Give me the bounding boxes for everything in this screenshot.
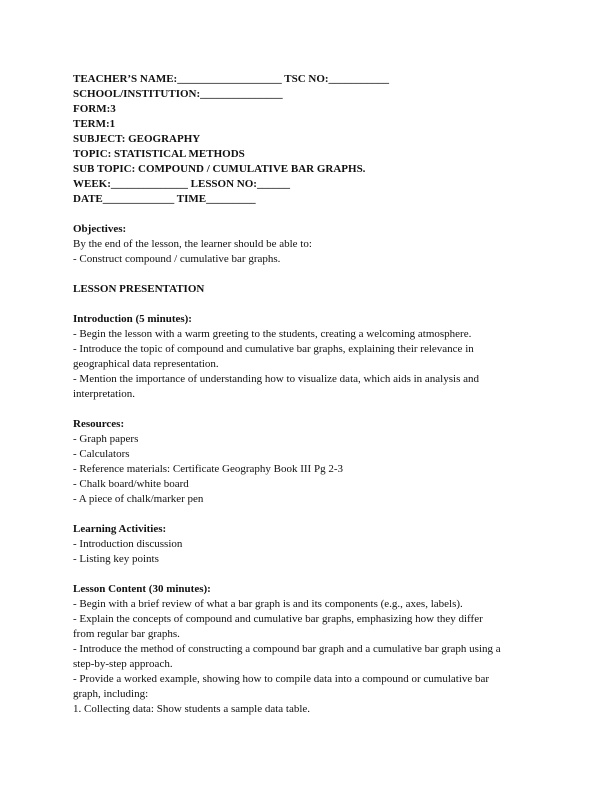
activity-item: - Listing key points xyxy=(73,552,553,567)
lesson-content-heading: Lesson Content (30 minutes): xyxy=(73,582,553,597)
lesson-content-section: Lesson Content (30 minutes): - Begin wit… xyxy=(73,582,553,717)
teacher-name-field: TEACHER’S NAME:___________________ TSC N… xyxy=(73,72,553,87)
header-block: TEACHER’S NAME:___________________ TSC N… xyxy=(73,72,553,207)
lesson-presentation-heading: LESSON PRESENTATION xyxy=(73,282,553,297)
objectives-section: Objectives: By the end of the lesson, th… xyxy=(73,222,553,267)
sub-topic-field: SUB TOPIC: COMPOUND / CUMULATIVE BAR GRA… xyxy=(73,162,553,177)
lesson-content-line: - Explain the concepts of compound and c… xyxy=(73,612,553,627)
learning-activities-section: Learning Activities: - Introduction disc… xyxy=(73,522,553,567)
lesson-plan-page: TEACHER’S NAME:___________________ TSC N… xyxy=(73,72,553,717)
introduction-line: - Introduce the topic of compound and cu… xyxy=(73,342,553,357)
lesson-content-line: - Provide a worked example, showing how … xyxy=(73,672,553,687)
subject-field: SUBJECT: GEOGRAPHY xyxy=(73,132,553,147)
resource-item: - Calculators xyxy=(73,447,553,462)
resources-section: Resources: - Graph papers - Calculators … xyxy=(73,417,553,507)
objectives-line: By the end of the lesson, the learner sh… xyxy=(73,237,553,252)
introduction-heading: Introduction (5 minutes): xyxy=(73,312,553,327)
lesson-content-line: - Begin with a brief review of what a ba… xyxy=(73,597,553,612)
date-field: DATE_____________ TIME_________ xyxy=(73,192,553,207)
introduction-line: geographical data representation. xyxy=(73,357,553,372)
objectives-line: - Construct compound / cumulative bar gr… xyxy=(73,252,553,267)
resource-item: - A piece of chalk/marker pen xyxy=(73,492,553,507)
lesson-content-line: 1. Collecting data: Show students a samp… xyxy=(73,702,553,717)
introduction-line: - Mention the importance of understandin… xyxy=(73,372,553,387)
learning-activities-heading: Learning Activities: xyxy=(73,522,553,537)
introduction-section: Introduction (5 minutes): - Begin the le… xyxy=(73,312,553,402)
introduction-line: interpretation. xyxy=(73,387,553,402)
lesson-content-line: step-by-step approach. xyxy=(73,657,553,672)
resource-item: - Chalk board/white board xyxy=(73,477,553,492)
resource-item: - Graph papers xyxy=(73,432,553,447)
term-field: TERM:1 xyxy=(73,117,553,132)
resource-item: - Reference materials: Certificate Geogr… xyxy=(73,462,553,477)
introduction-line: - Begin the lesson with a warm greeting … xyxy=(73,327,553,342)
week-field: WEEK:______________ LESSON NO:______ xyxy=(73,177,553,192)
school-field: SCHOOL/INSTITUTION:_______________ xyxy=(73,87,553,102)
form-field: FORM:3 xyxy=(73,102,553,117)
lesson-content-line: from regular bar graphs. xyxy=(73,627,553,642)
resources-heading: Resources: xyxy=(73,417,553,432)
topic-field: TOPIC: STATISTICAL METHODS xyxy=(73,147,553,162)
activity-item: - Introduction discussion xyxy=(73,537,553,552)
lesson-content-line: graph, including: xyxy=(73,687,553,702)
objectives-heading: Objectives: xyxy=(73,222,553,237)
lesson-content-line: - Introduce the method of constructing a… xyxy=(73,642,553,657)
